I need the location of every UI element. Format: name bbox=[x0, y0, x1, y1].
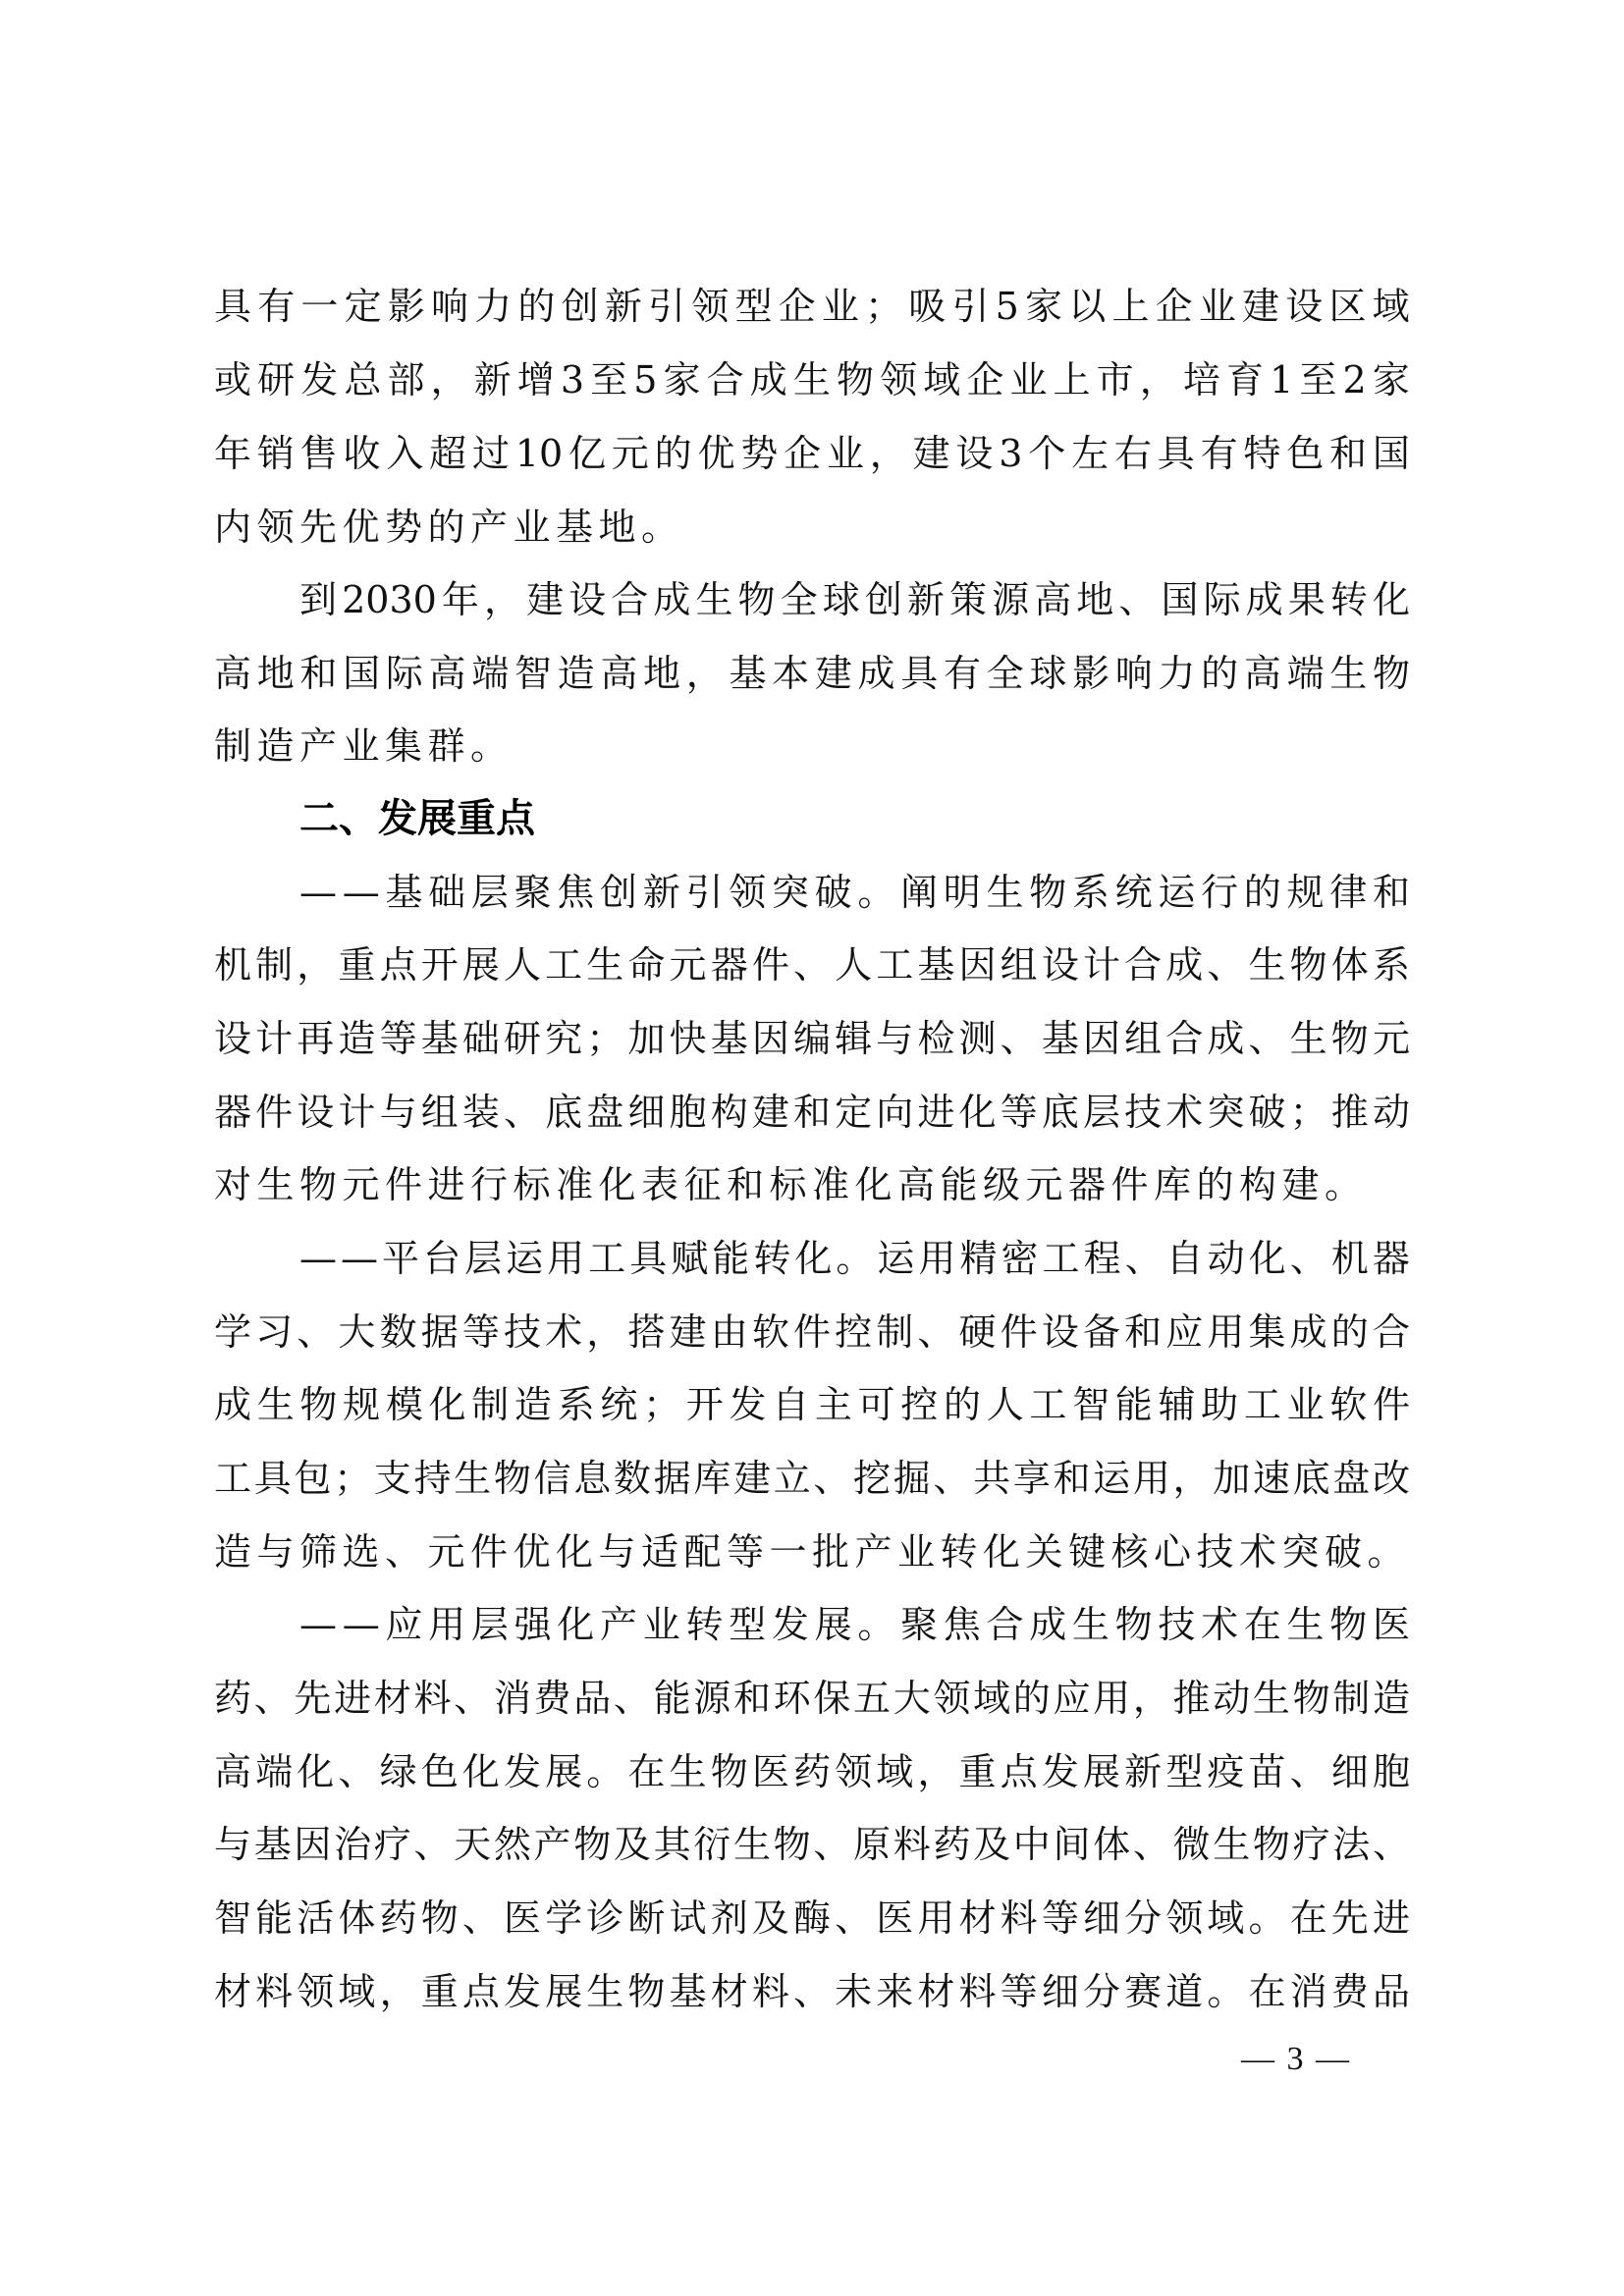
paragraph-line: 智能活体药物、医学诊断试剂及酶、医用材料等细分领域。在先进 bbox=[214, 1894, 1410, 1943]
paragraph-line: 内领先优势的产业基地。 bbox=[214, 503, 1410, 552]
paragraph-line: 高端化、绿色化发展。在生物医药领域，重点发展新型疫苗、细胞 bbox=[214, 1747, 1410, 1796]
paragraph-line: 机制，重点开展人工生命元器件、人工基因组设计合成、生物体系 bbox=[214, 940, 1410, 989]
paragraph-line: ——基础层聚焦创新引领突破。阐明生物系统运行的规律和 bbox=[299, 868, 1410, 917]
paragraph-line: ——应用层强化产业转型发展。聚焦合成生物技术在生物医 bbox=[299, 1600, 1410, 1649]
paragraph-line: 与基因治疗、天然产物及其衍生物、原料药及中间体、微生物疗法、 bbox=[214, 1820, 1410, 1869]
paragraph-line: ——平台层运用工具赋能转化。运用精密工程、自动化、机器 bbox=[299, 1234, 1410, 1283]
paragraph-line: 具有一定影响力的创新引领型企业；吸引5家以上企业建设区域 bbox=[214, 282, 1410, 331]
paragraph-line: 造与筛选、元件优化与适配等一批产业转化关键核心技术突破。 bbox=[214, 1527, 1410, 1576]
document-page: 具有一定影响力的创新引领型企业；吸引5家以上企业建设区域 或研发总部，新增3至5… bbox=[0, 0, 1624, 2296]
page-number: — 3 — bbox=[1218, 2038, 1375, 2081]
paragraph-line: 高地和国际高端智造高地，基本建成具有全球影响力的高端生物 bbox=[214, 649, 1410, 698]
paragraph-line: 年销售收入超过10亿元的优势企业，建设3个左右具有特色和国 bbox=[214, 429, 1410, 478]
paragraph-line: 材料领域，重点发展生物基材料、未来材料等细分赛道。在消费品 bbox=[214, 1967, 1410, 2016]
paragraph-line: 学习、大数据等技术，搭建由软件控制、硬件设备和应用集成的合 bbox=[214, 1308, 1410, 1357]
paragraph-line: 制造产业集群。 bbox=[214, 721, 1410, 771]
paragraph-line: 工具包；支持生物信息数据库建立、挖掘、共享和运用，加速底盘改 bbox=[214, 1454, 1410, 1503]
paragraph-line: 到2030年，建设合成生物全球创新策源高地、国际成果转化 bbox=[299, 575, 1410, 624]
paragraph-line: 对生物元件进行标准化表征和标准化高能级元器件库的构建。 bbox=[214, 1160, 1410, 1209]
section-heading: 二、发展重点 bbox=[299, 794, 535, 843]
paragraph-line: 药、先进材料、消费品、能源和环保五大领域的应用，推动生物制造 bbox=[214, 1674, 1410, 1723]
paragraph-line: 器件设计与组装、底盘细胞构建和定向进化等底层技术突破；推动 bbox=[214, 1088, 1410, 1137]
paragraph-line: 或研发总部，新增3至5家合成生物领域企业上市，培育1至2家 bbox=[214, 355, 1410, 404]
paragraph-line: 成生物规模化制造系统；开发自主可控的人工智能辅助工业软件 bbox=[214, 1380, 1410, 1429]
paragraph-line: 设计再造等基础研究；加快基因编辑与检测、基因组合成、生物元 bbox=[214, 1014, 1410, 1063]
